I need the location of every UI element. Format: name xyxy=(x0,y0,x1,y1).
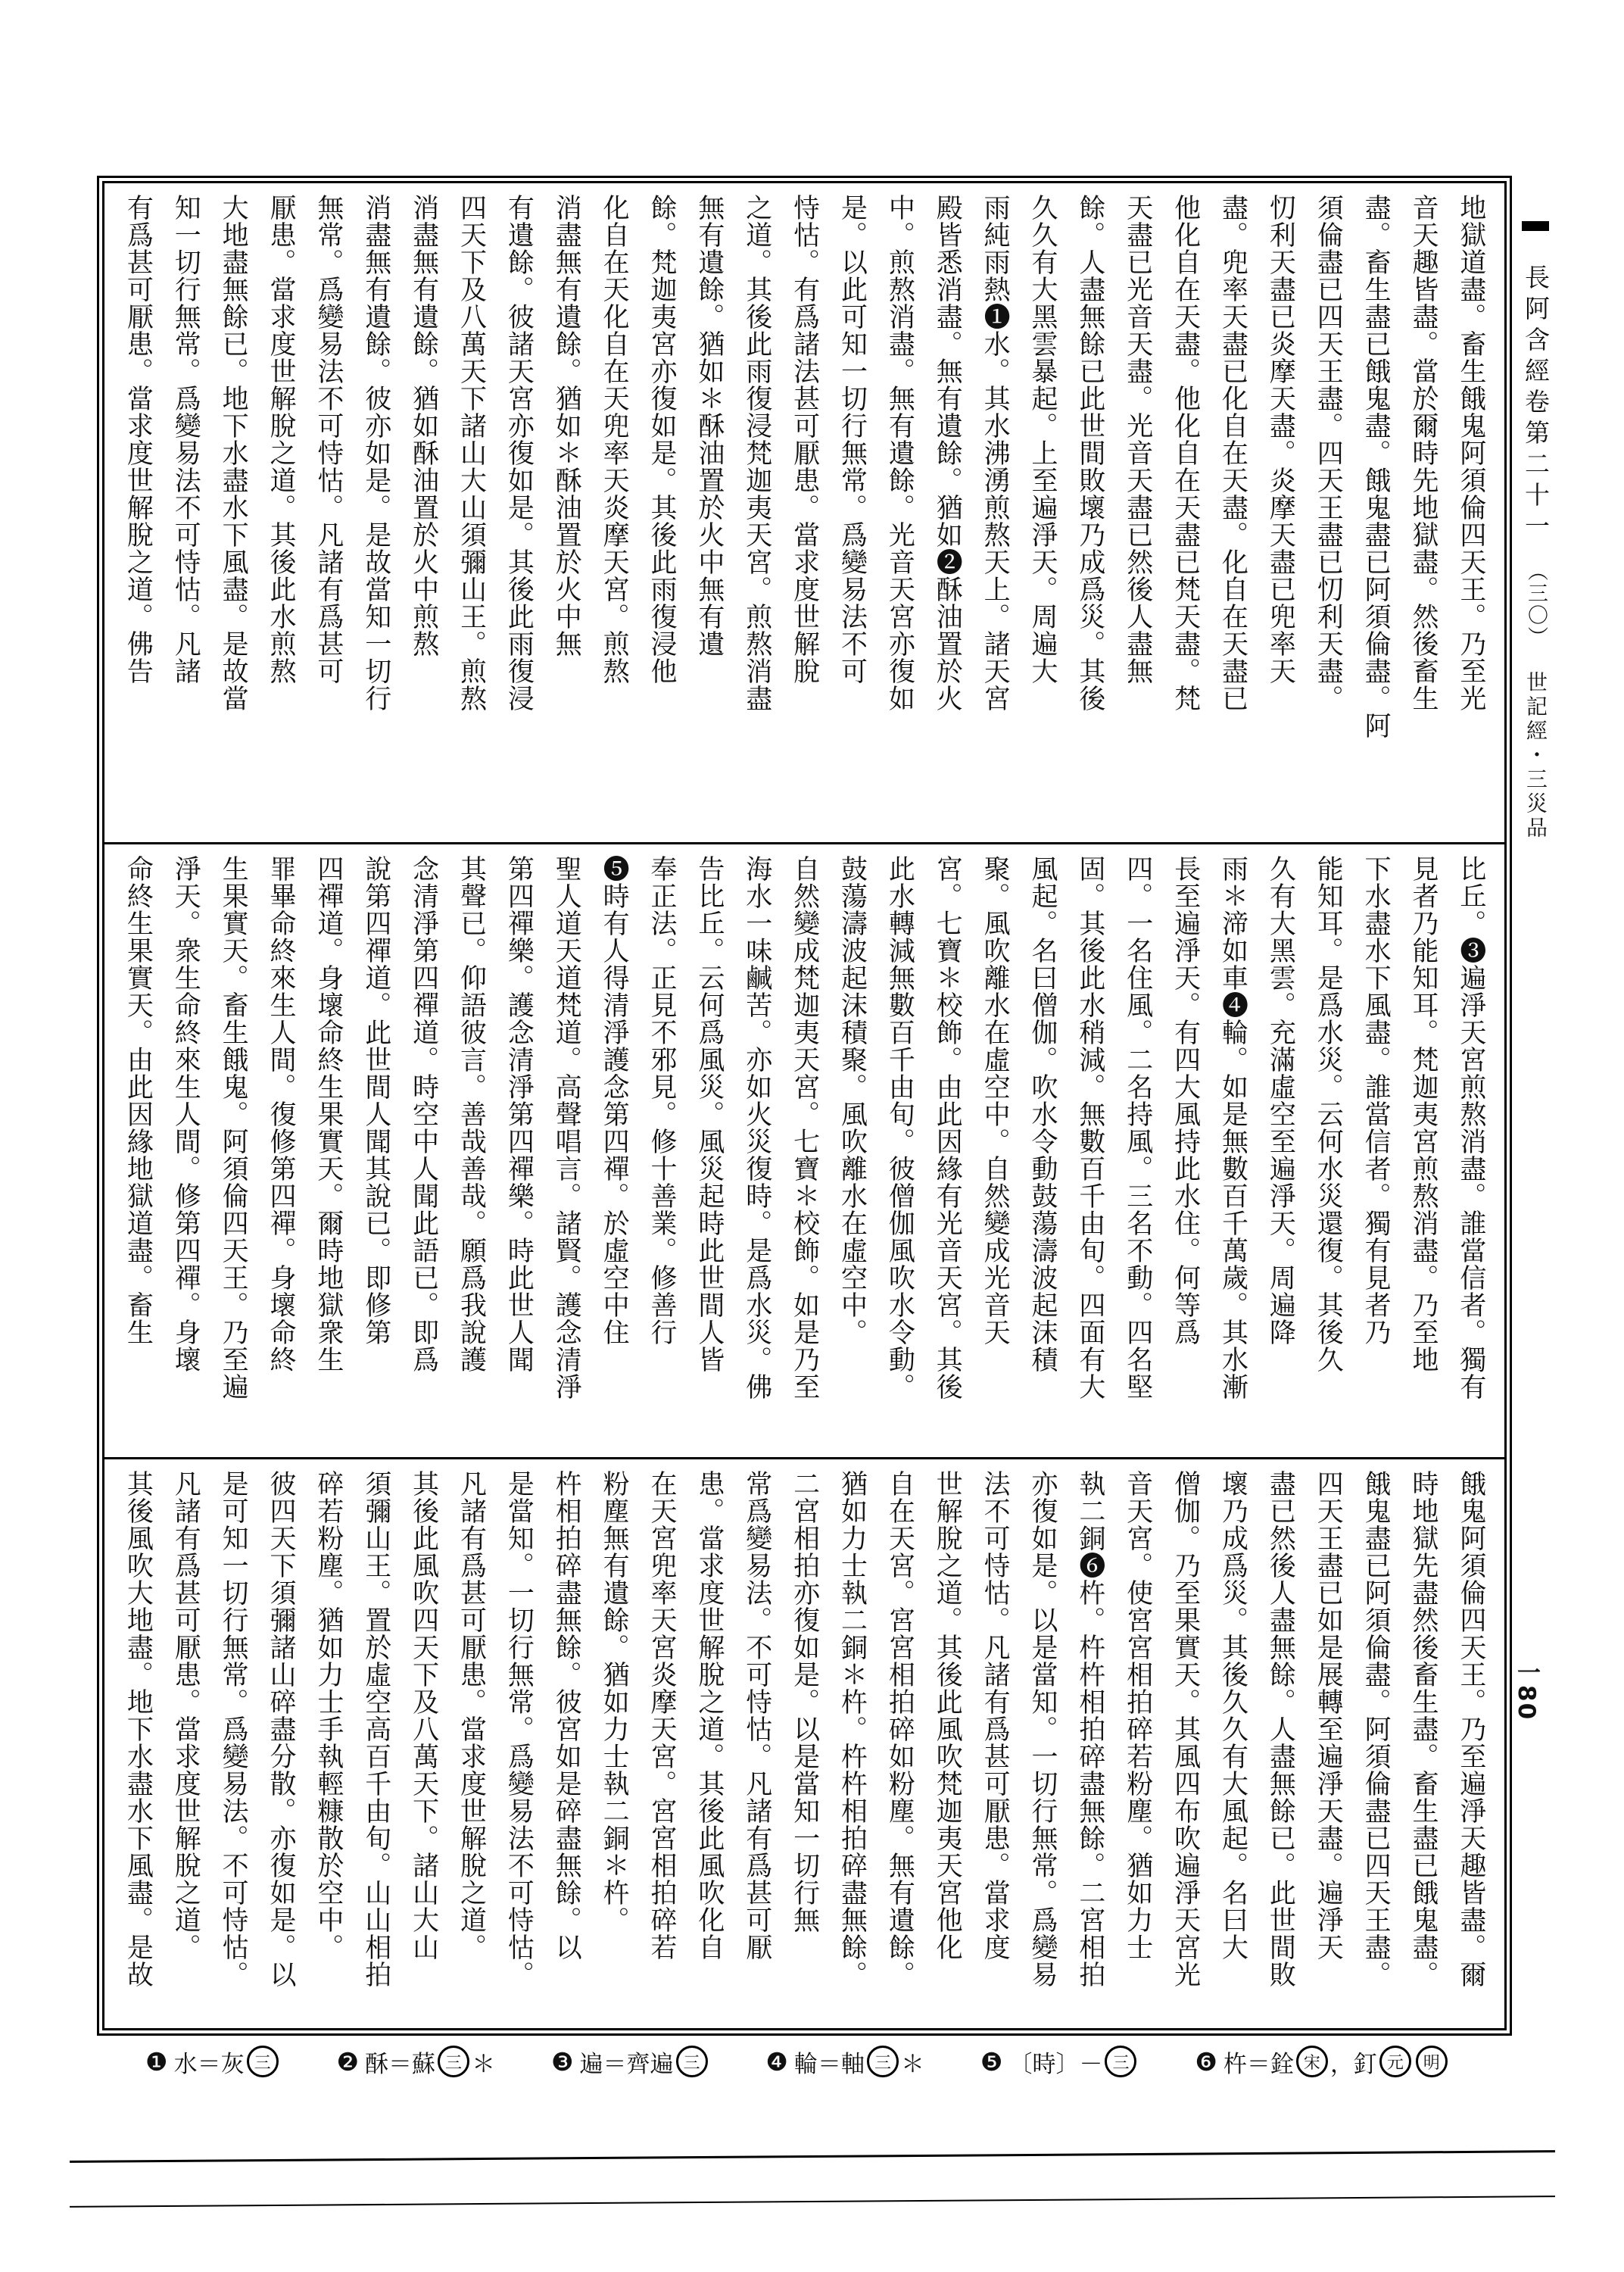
text-column: 聚。風吹離水在虛空中。自然變成光音天 xyxy=(981,855,1008,1447)
text-column: 第四禪樂。護念清淨第四禪樂。時此世人聞 xyxy=(505,855,532,1447)
text-column: 彼四天下須彌諸山碎盡分散。亦復如是。以 xyxy=(267,1470,295,2018)
text-column: 四禪道。身壞命終生果實天。爾時地獄衆生 xyxy=(315,855,342,1447)
register-top: 地獄道盡。畜生餓鬼阿須倫四天王。乃至光音天趣皆盡。當於爾時先地獄盡。然後畜生盡。… xyxy=(104,183,1504,844)
footnote-number: ❹ xyxy=(765,2047,788,2077)
text-column: ❺時有人得清淨護念第四禪。於虛空中住 xyxy=(600,855,628,1447)
footnote-entry: ❶水＝灰三 xyxy=(145,2045,281,2079)
footnote-entry: ❺〔時〕－三 xyxy=(980,2045,1139,2079)
text-column: 厭患。當求度世解脫之道。其後此水煎熬 xyxy=(267,194,295,832)
text-column: 大地盡無餘已。地下水盡水下風盡。是故當 xyxy=(220,194,247,832)
edition-siglum: 明 xyxy=(1416,2046,1448,2077)
text-column: 音天宮。使宮宮相拍碎若粉塵。猶如力士 xyxy=(1124,1470,1151,2018)
text-column: 消盡無有遺餘。彼亦如是。是故當知一切行 xyxy=(362,194,389,832)
text-column: 此水轉減無數百千由旬。彼僧伽風吹水令動。 xyxy=(886,855,913,1447)
text-column: 恃怙。有爲諸法甚可厭患。當求度世解脫 xyxy=(790,194,818,832)
text-column: 說第四禪道。此世間人聞其說已。即修第 xyxy=(362,855,389,1447)
text-column: 盡。畜生盡已餓鬼盡。餓鬼盡已阿須倫盡。阿 xyxy=(1362,194,1389,832)
text-column: 消盡無有遺餘。猶如＊酥油置於火中無 xyxy=(553,194,580,832)
text-column: 四天王盡已如是展轉至遍淨天盡。遍淨天 xyxy=(1314,1470,1342,2018)
text-column: 告比丘。云何爲風災。風災起時此世間人皆 xyxy=(696,855,723,1447)
text-column: 凡諸有爲甚可厭患。當求度世解脫之道。 xyxy=(457,1470,485,2018)
text-column: 二宮相拍亦復如是。以是當知一切行無 xyxy=(790,1470,818,2018)
text-column: 長至遍淨天。有四大風持此水住。何等爲 xyxy=(1171,855,1199,1447)
text-column: 須倫盡已四天王盡。四天王盡已忉利天盡。 xyxy=(1314,194,1342,832)
text-column: 比丘。❸遍淨天宮煎熬消盡。誰當信者。獨有 xyxy=(1457,855,1485,1447)
text-column: 其聲已。仰語彼言。善哉善哉。願爲我說護 xyxy=(457,855,485,1447)
text-column: 四。一名住風。二名持風。三名不動。四名堅 xyxy=(1124,855,1151,1447)
edition-siglum: 三 xyxy=(1105,2046,1136,2077)
text-column: 常爲變易法。不可恃怙。凡諸有爲甚可厭 xyxy=(743,1470,770,2018)
text-column: 壞乃成爲災。其後久久有大風起。名曰大 xyxy=(1219,1470,1246,2018)
text-column: 四天下及八萬天下諸山大山須彌山王。煎熬 xyxy=(457,194,485,832)
register-bottom: 餓鬼阿須倫四天王。乃至遍淨天趣皆盡。爾時地獄先盡然後畜生盡。畜生盡已餓鬼盡。餓鬼… xyxy=(104,1459,1504,2028)
footnote-number: ❺ xyxy=(980,2047,1003,2077)
text-column: 久久有大黑雲暴起。上至遍淨天。周遍大 xyxy=(1029,194,1056,832)
margin-header: 長阿含經卷第二十一（三〇）世記經・三災品 xyxy=(1514,221,1549,841)
text-column: 忉利天盡已炎摩天盡。炎摩天盡已兜率天 xyxy=(1267,194,1294,832)
text-column: 海水一味鹹苦。亦如火災復時。是爲水災。佛 xyxy=(743,855,770,1447)
text-column: 是可知一切行無常。爲變易法。不可恃怙。 xyxy=(220,1470,247,2018)
text-column: 無有遺餘。猶如＊酥油置於火中無有遺 xyxy=(696,194,723,832)
text-column: 患。當求度世解脫之道。其後此風吹化自 xyxy=(696,1470,723,2018)
text-column: 亦復如是。以是當知。一切行無常。爲變易 xyxy=(1029,1470,1056,2018)
footnote-number: ❻ xyxy=(1195,2047,1217,2077)
chapter-title: 世記經・三災品 xyxy=(1523,671,1548,841)
text-column: 自在天宮。宮宮相拍碎如粉塵。無有遺餘。 xyxy=(886,1470,913,2018)
text-column: 有遺餘。彼諸天宮亦復如是。其後此雨復浸 xyxy=(505,194,532,832)
text-column: 盡已然後人盡無餘。人盡無餘已。此世間敗 xyxy=(1267,1470,1294,2018)
text-column: 天盡已光音天盡。光音天盡已然後人盡無 xyxy=(1124,194,1151,832)
text-column: 雨純雨熱❶水。其水沸湧煎熬天上。諸天宮 xyxy=(981,194,1008,832)
text-column: 固。其後此水稍減。無數百千由旬。四面有大 xyxy=(1077,855,1104,1447)
text-column: 餓鬼盡已阿須倫盡。阿須倫盡已四天王盡。 xyxy=(1362,1470,1389,2018)
text-column: 粉塵無有遺餘。猶如力士執二銅＊杵。 xyxy=(600,1470,628,2018)
text-column: 地獄道盡。畜生餓鬼阿須倫四天王。乃至光 xyxy=(1457,194,1485,832)
text-column: 念清淨第四禪道。時空中人聞此語已。即爲 xyxy=(410,855,437,1447)
text-column: 他化自在天盡。他化自在天盡已梵天盡。梵 xyxy=(1171,194,1199,832)
text-column: 知一切行無常。爲變易法不可恃怙。凡諸 xyxy=(172,194,199,832)
text-column: 淨天。衆生命終來生人間。修第四禪。身壞 xyxy=(172,855,199,1447)
footnote-number: ❶ xyxy=(145,2047,168,2077)
text-column: 自然變成梵迦夷天宮。七寶＊校飾。如是乃至 xyxy=(790,855,818,1447)
text-column: 鼓蕩濤波起沫積聚。風吹離水在虛空中。 xyxy=(838,855,865,1447)
footnote-entry: ❹輪＝軸三＊ xyxy=(765,2045,924,2079)
text-column: 僧伽。乃至果實天。其風四布吹遍淨天宮光 xyxy=(1171,1470,1199,2018)
text-column: 生果實天。畜生餓鬼。阿須倫四天王。乃至遍 xyxy=(220,855,247,1447)
text-column: 音天趣皆盡。當於爾時先地獄盡。然後畜生 xyxy=(1410,194,1437,832)
volume-marker-icon xyxy=(1522,221,1549,231)
text-column: 奉正法。正見不邪見。修十善業。修善行 xyxy=(648,855,675,1447)
text-column: 餘。人盡無餘已此世間敗壞乃成爲災。其後 xyxy=(1077,194,1104,832)
text-column: 執二銅❻杵。杵杵相拍碎盡無餘。二宮相拍 xyxy=(1077,1470,1104,2018)
text-column: 其後風吹大地盡。地下水盡水下風盡。是故 xyxy=(124,1470,151,2018)
edition-siglum: 三 xyxy=(247,2046,279,2077)
text-frame: 地獄道盡。畜生餓鬼阿須倫四天王。乃至光音天趣皆盡。當於爾時先地獄盡。然後畜生盡。… xyxy=(97,176,1512,2036)
text-column: 是當知。一切行無常。爲變易法不可恃怙。 xyxy=(505,1470,532,2018)
edition-siglum: 元 xyxy=(1379,2046,1411,2077)
text-column: 須彌山王。置於虛空高百千由旬。山山相拍 xyxy=(362,1470,389,2018)
edition-siglum: 三 xyxy=(867,2046,899,2077)
text-column: 時地獄先盡然後畜生盡。畜生盡已餓鬼盡。 xyxy=(1410,1470,1437,2018)
text-column: 無常。爲變易法不可恃怙。凡諸有爲甚可 xyxy=(315,194,342,832)
edition-siglum: 三 xyxy=(676,2046,708,2077)
footnote-entry: ❷酥＝蘇三＊ xyxy=(336,2045,495,2079)
text-column: 世解脫之道。其後此風吹梵迦夷天宮他化 xyxy=(934,1470,961,2018)
text-column: 久有大黑雲。充滿虛空至遍淨天。周遍降 xyxy=(1267,855,1294,1447)
edition-siglum: 宋 xyxy=(1296,2046,1328,2077)
text-column: 中。煎熬消盡。無有遺餘。光音天宮亦復如 xyxy=(886,194,913,832)
text-column: 命終生果實天。由此因緣地獄道盡。畜生 xyxy=(124,855,151,1447)
text-column: 其後此風吹四天下及八萬天下。諸山大山 xyxy=(410,1470,437,2018)
text-column: 有爲甚可厭患。當求度世解脫之道。佛告 xyxy=(124,194,151,832)
text-column: 碎若粉塵。猶如力士手執輕糠散於空中。 xyxy=(315,1470,342,2018)
text-column: 餘。梵迦夷宮亦復如是。其後此雨復浸他 xyxy=(648,194,675,832)
register-middle: 比丘。❸遍淨天宮煎熬消盡。誰當信者。獨有見者乃能知耳。梵迦夷宮煎熬消盡。乃至地下… xyxy=(104,844,1504,1459)
text-column: 聖人道天道梵道。高聲唱言。諸賢。護念清淨 xyxy=(553,855,580,1447)
text-column: 雨＊渧如車❹輪。如是無數百千萬歲。其水漸 xyxy=(1219,855,1246,1447)
text-column: 見者乃能知耳。梵迦夷宮煎熬消盡。乃至地 xyxy=(1410,855,1437,1447)
page-number: 一80 xyxy=(1510,1660,1544,1721)
text-column: 殿皆悉消盡。無有遺餘。猶如❷酥油置於火 xyxy=(934,194,961,832)
footnote-number: ❸ xyxy=(551,2047,574,2077)
bottom-rule-1 xyxy=(70,2150,1555,2163)
text-column: 罪畢命終來生人間。復修第四禪。身壞命終 xyxy=(267,855,295,1447)
text-column: 餓鬼阿須倫四天王。乃至遍淨天趣皆盡。爾 xyxy=(1457,1470,1485,2018)
edition-siglum: 三 xyxy=(438,2046,469,2077)
text-column: 杵相拍碎盡無餘。彼宮如是碎盡無餘。以 xyxy=(553,1470,580,2018)
text-column: 法不可恃怙。凡諸有爲甚可厭患。當求度 xyxy=(981,1470,1008,2018)
text-column: 宮。七寶＊校飾。由此因緣有光音天宮。其後 xyxy=(934,855,961,1447)
text-column: 化自在天化自在天兜率天炎摩天宮。煎熬 xyxy=(600,194,628,832)
footnote-apparatus: ❶水＝灰三❷酥＝蘇三＊❸遍＝齊遍三❹輪＝軸三＊❺〔時〕－三❻杵＝銓宋，釘元明 xyxy=(98,2043,1510,2080)
text-column: 是。以此可知一切行無常。爲變易法不可 xyxy=(838,194,865,832)
text-column: 消盡無有遺餘。猶如酥油置於火中煎熬 xyxy=(410,194,437,832)
sutra-title: 長阿含經卷第二十一 xyxy=(1521,264,1551,544)
text-column: 風起。名曰僧伽。吹水令動鼓蕩濤波起沫積 xyxy=(1029,855,1056,1447)
text-column: 在天宮兜率天宮炎摩天宮。宮宮相拍碎若 xyxy=(648,1470,675,2018)
text-column: 下水盡水下風盡。誰當信者。獨有見者乃 xyxy=(1362,855,1389,1447)
text-column: 盡。兜率天盡已化自在天盡。化自在天盡已 xyxy=(1219,194,1246,832)
text-column: 凡諸有爲甚可厭患。當求度世解脫之道。 xyxy=(172,1470,199,2018)
footnote-entry: ❻杵＝銓宋，釘元明 xyxy=(1195,2045,1450,2079)
text-column: 能知耳。是爲水災。云何水災還復。其後久 xyxy=(1314,855,1342,1447)
sutra-number: （三〇） xyxy=(1524,560,1548,648)
text-column: 猶如力士執二銅＊杵。杵杵相拍碎盡無餘。 xyxy=(838,1470,865,2018)
text-column: 之道。其後此雨復浸梵迦夷天宮。煎熬消盡 xyxy=(743,194,770,832)
bottom-rule-2 xyxy=(70,2196,1555,2208)
footnote-number: ❷ xyxy=(336,2047,359,2077)
footnote-entry: ❸遍＝齊遍三 xyxy=(551,2045,710,2079)
